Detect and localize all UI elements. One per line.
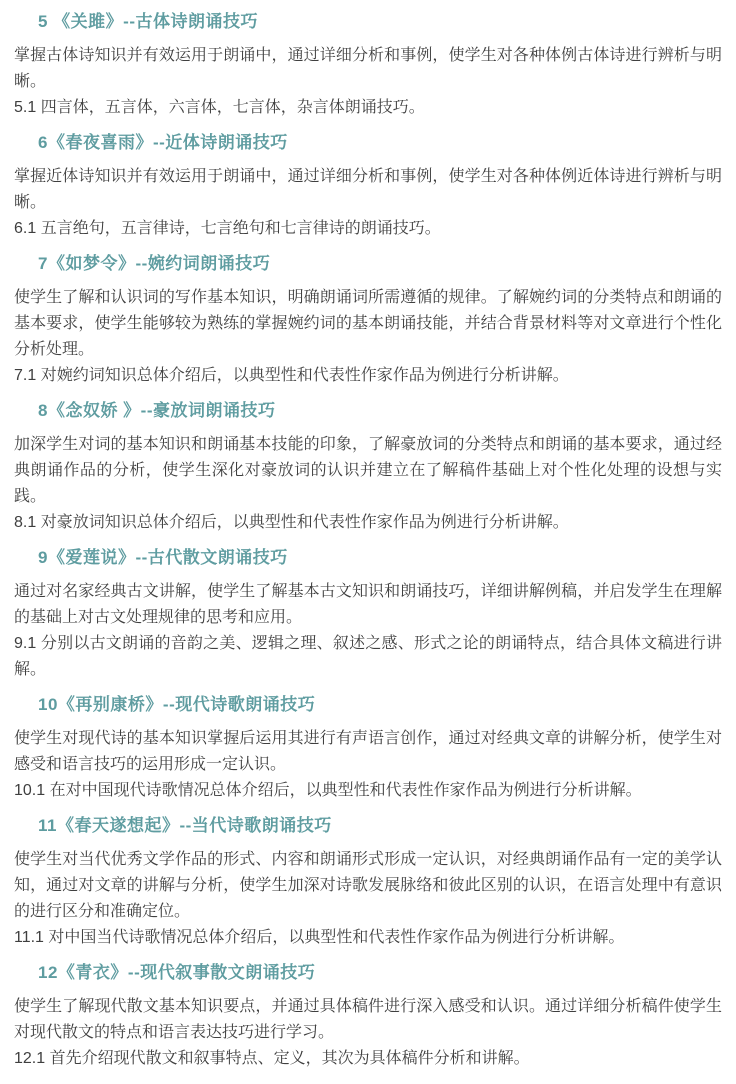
section-description: 掌握近体诗知识并有效运用于朗诵中，通过详细分析和事例，使学生对各种体例近体诗进行… <box>14 164 722 216</box>
section-description: 掌握古体诗知识并有效运用于朗诵中，通过详细分析和事例，使学生对各种体例古体诗进行… <box>14 43 722 95</box>
course-section: 11《春天遂想起》--当代诗歌朗诵技巧 使学生对当代优秀文学作品的形式、内容和朗… <box>14 815 722 951</box>
section-heading: 11《春天遂想起》--当代诗歌朗诵技巧 <box>14 815 722 836</box>
section-description: 加深学生对词的基本知识和朗诵基本技能的印象，了解豪放词的分类特点和朗诵的基本要求… <box>14 432 722 510</box>
course-section: 12《青衣》--现代叙事散文朗诵技巧 使学生了解现代散文基本知识要点，并通过具体… <box>14 962 722 1072</box>
section-description: 使学生对现代诗的基本知识掌握后运用其进行有声语言创作，通过对经典文章的讲解分析，… <box>14 726 722 778</box>
course-outline: 5 《关雎》--古体诗朗诵技巧 掌握古体诗知识并有效运用于朗诵中，通过详细分析和… <box>0 11 736 1084</box>
section-subitem: 12.1 首先介绍现代散文和叙事特点、定义，其次为具体稿件分析和讲解。 <box>14 1046 722 1072</box>
section-heading: 12《青衣》--现代叙事散文朗诵技巧 <box>14 962 722 983</box>
section-description: 使学生了解和认识词的写作基本知识，明确朗诵词所需遵循的规律。了解婉约词的分类特点… <box>14 285 722 363</box>
section-subitem: 9.1 分别以古文朗诵的音韵之美、逻辑之理、叙述之感、形式之论的朗诵特点，结合具… <box>14 631 722 683</box>
section-heading: 8《念奴娇 》--豪放词朗诵技巧 <box>14 400 722 421</box>
course-section: 7《如梦令》--婉约词朗诵技巧 使学生了解和认识词的写作基本知识，明确朗诵词所需… <box>14 253 722 389</box>
section-subitem: 7.1 对婉约词知识总体介绍后，以典型性和代表性作家作品为例进行分析讲解。 <box>14 363 722 389</box>
section-subitem: 11.1 对中国当代诗歌情况总体介绍后，以典型性和代表性作家作品为例进行分析讲解… <box>14 925 722 951</box>
course-section: 8《念奴娇 》--豪放词朗诵技巧 加深学生对词的基本知识和朗诵基本技能的印象，了… <box>14 400 722 536</box>
section-description: 使学生了解现代散文基本知识要点，并通过具体稿件进行深入感受和认识。通过详细分析稿… <box>14 994 722 1046</box>
section-heading: 7《如梦令》--婉约词朗诵技巧 <box>14 253 722 274</box>
section-subitem: 6.1 五言绝句，五言律诗，七言绝句和七言律诗的朗诵技巧。 <box>14 216 722 242</box>
section-description: 使学生对当代优秀文学作品的形式、内容和朗诵形式形成一定认识，对经典朗诵作品有一定… <box>14 847 722 925</box>
section-subitem: 8.1 对豪放词知识总体介绍后，以典型性和代表性作家作品为例进行分析讲解。 <box>14 510 722 536</box>
course-section: 6《春夜喜雨》--近体诗朗诵技巧 掌握近体诗知识并有效运用于朗诵中，通过详细分析… <box>14 132 722 242</box>
section-subitem: 10.1 在对中国现代诗歌情况总体介绍后，以典型性和代表性作家作品为例进行分析讲… <box>14 778 722 804</box>
section-heading: 5 《关雎》--古体诗朗诵技巧 <box>14 11 722 32</box>
section-heading: 10《再别康桥》--现代诗歌朗诵技巧 <box>14 694 722 715</box>
course-section: 9《爱莲说》--古代散文朗诵技巧 通过对名家经典古文讲解，使学生了解基本古文知识… <box>14 547 722 683</box>
course-section: 10《再别康桥》--现代诗歌朗诵技巧 使学生对现代诗的基本知识掌握后运用其进行有… <box>14 694 722 804</box>
section-description: 通过对名家经典古文讲解，使学生了解基本古文知识和朗诵技巧，详细讲解例稿，并启发学… <box>14 579 722 631</box>
section-heading: 9《爱莲说》--古代散文朗诵技巧 <box>14 547 722 568</box>
section-heading: 6《春夜喜雨》--近体诗朗诵技巧 <box>14 132 722 153</box>
course-section: 5 《关雎》--古体诗朗诵技巧 掌握古体诗知识并有效运用于朗诵中，通过详细分析和… <box>14 11 722 121</box>
section-subitem: 5.1 四言体，五言体，六言体，七言体，杂言体朗诵技巧。 <box>14 95 722 121</box>
